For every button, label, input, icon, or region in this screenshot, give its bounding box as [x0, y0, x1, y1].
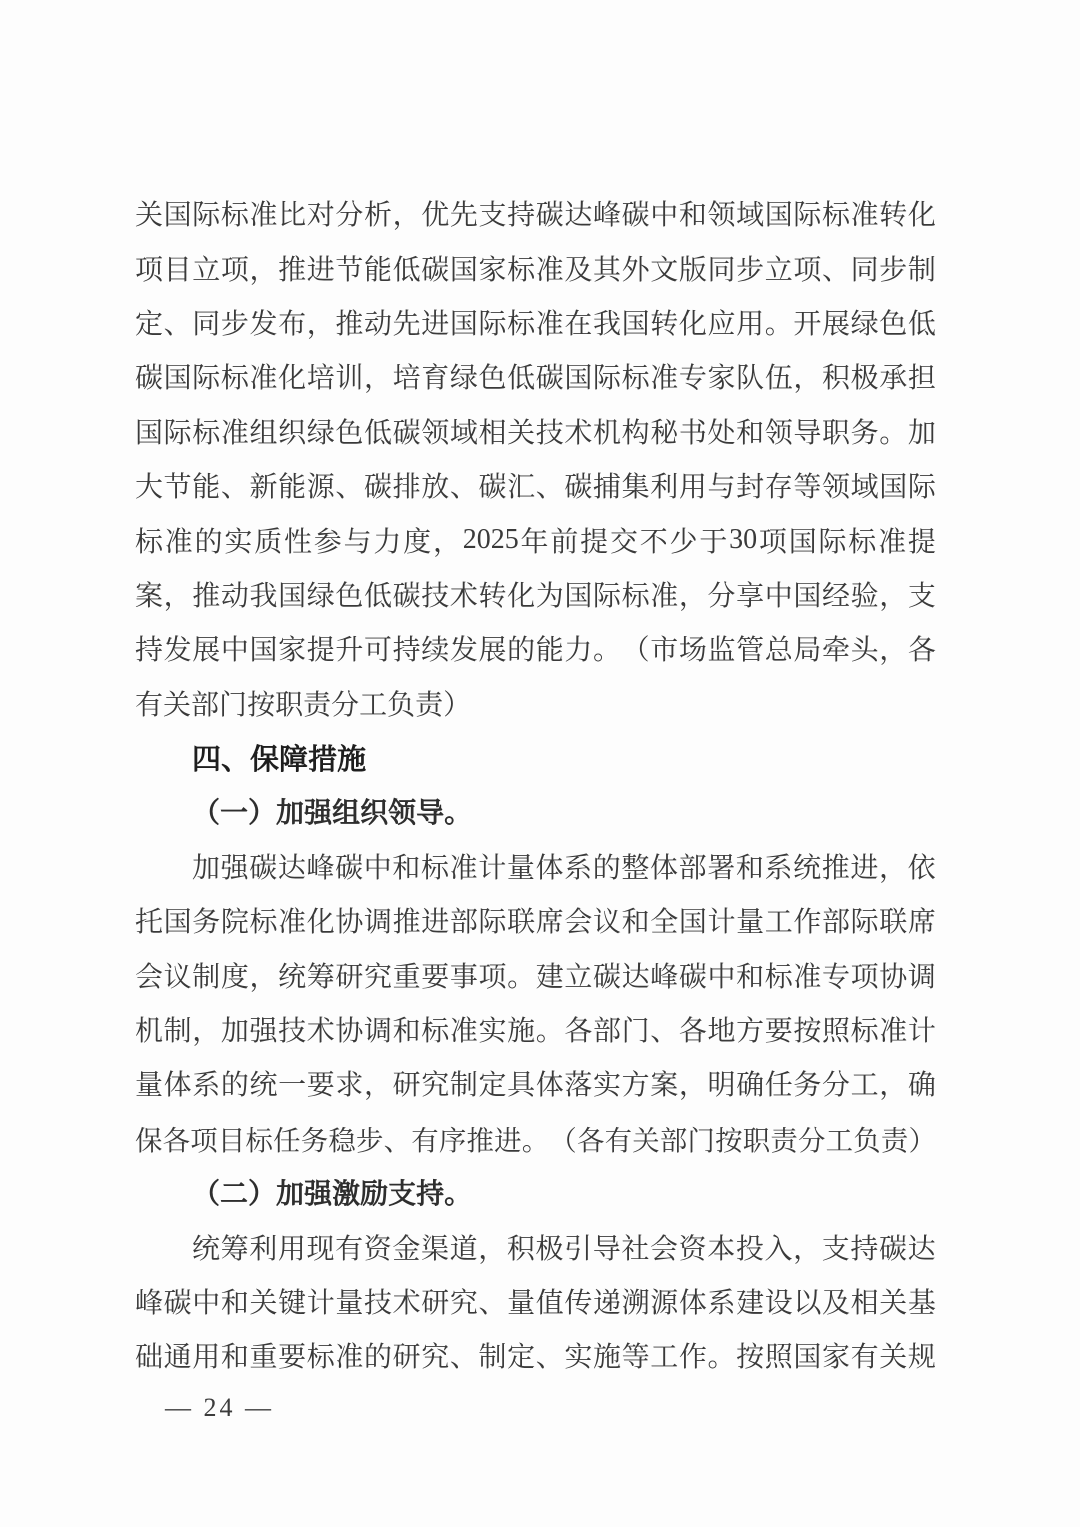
body-text-line: 标准的实质性参与力度，2025年前提交不少于30项国际标准提	[135, 512, 936, 566]
body-text-line: 定、同步发布，推动先进国际标准在我国转化应用。开展绿色低	[135, 295, 936, 349]
body-text-line: 加强碳达峰碳中和标准计量体系的整体部署和系统推进，依	[135, 839, 936, 893]
subsection-heading-2: （二）加强激励支持。	[135, 1165, 936, 1219]
body-text-line: 会议制度，统筹研究重要事项。建立碳达峰碳中和标准专项协调	[135, 947, 936, 1001]
document-page: 关国际标准比对分析，优先支持碳达峰碳中和领域国际标准转化 项目立项，推进节能低碳…	[135, 186, 936, 1424]
body-text-line: 国际标准组织绿色低碳领域相关技术机构秘书处和领导职务。加	[135, 404, 936, 458]
body-text-line: 关国际标准比对分析，优先支持碳达峰碳中和领域国际标准转化	[135, 186, 936, 240]
body-text-line: 碳国际标准化培训，培育绿色低碳国际标准专家队伍，积极承担	[135, 349, 936, 403]
body-text-line: 托国务院标准化协调推进部际联席会议和全国计量工作部际联席	[135, 893, 936, 947]
section-heading-4: 四、保障措施	[135, 730, 936, 784]
body-text-line: 量体系的统一要求，研究制定具体落实方案，明确任务分工，确	[135, 1056, 936, 1110]
subsection-heading-1: （一）加强组织领导。	[135, 784, 936, 838]
body-text-line: 项目立项，推进节能低碳国家标准及其外文版同步立项、同步制	[135, 240, 936, 294]
body-text-line: 础通用和重要标准的研究、制定、实施等工作。按照国家有关规	[135, 1328, 936, 1382]
body-text-line: 大节能、新能源、碳排放、碳汇、碳捕集利用与封存等领域国际	[135, 458, 936, 512]
body-text-line: 持发展中国家提升可持续发展的能力。（市场监管总局牵头，各	[135, 621, 936, 675]
body-text-line: 统筹利用现有资金渠道，积极引导社会资本投入，支持碳达	[135, 1219, 936, 1273]
body-text-line: 机制，加强技术协调和标准实施。各部门、各地方要按照标准计	[135, 1002, 936, 1056]
body-text-line: 保各项目标任务稳步、有序推进。（各有关部门按职责分工负责）	[135, 1111, 936, 1165]
body-text-line: 峰碳中和关键计量技术研究、量值传递溯源体系建设以及相关基	[135, 1274, 936, 1328]
body-text-line: 案，推动我国绿色低碳技术转化为国际标准，分享中国经验，支	[135, 567, 936, 621]
body-text-line: 有关部门按职责分工负责）	[135, 676, 936, 730]
page-number: — 24 —	[135, 1392, 936, 1424]
